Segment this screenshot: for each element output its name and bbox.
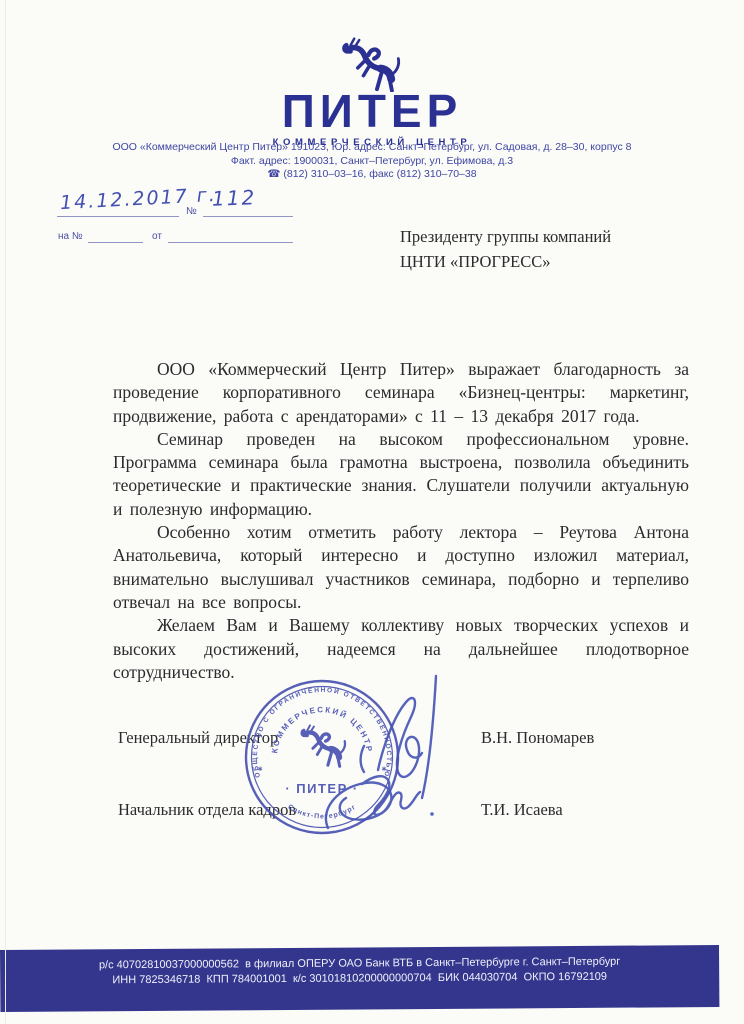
signature-name-2: Т.И. Исаева <box>481 800 563 820</box>
body-paragraph: Особенно хотим отметить работу лектора –… <box>113 521 689 614</box>
company-logo: ПИТЕР КОММЕРЧЕСКИЙ ЦЕНТР <box>0 28 744 148</box>
logo-brand: ПИТЕР <box>0 88 744 134</box>
horse-icon <box>335 28 409 92</box>
stamp-horse-icon <box>302 725 345 766</box>
ref-date-underline <box>57 216 179 217</box>
address-line: ООО «Коммерческий Центр Питер» 191023, Ю… <box>0 141 744 155</box>
letter-body: ООО «Коммерческий Центр Питер» выражает … <box>113 358 689 684</box>
letterhead-address: ООО «Коммерческий Центр Питер» 191023, Ю… <box>0 141 744 182</box>
recipient-block: Президенту группы компаний ЦНТИ «ПРОГРЕС… <box>400 224 611 274</box>
scanned-letter: ПИТЕР КОММЕРЧЕСКИЙ ЦЕНТР ООО «Коммерческ… <box>0 0 744 1024</box>
address-line-phone: ☎ (812) 310–03–16, факс (812) 310–70–38 <box>0 168 744 182</box>
ref-reply-ot-underline <box>168 242 293 243</box>
ref-reply-na-underline <box>88 242 143 243</box>
signature-name-1: В.Н. Пономарев <box>481 728 594 748</box>
ref-number-label: № <box>186 206 197 217</box>
recipient-line: Президенту группы компаний <box>400 224 611 249</box>
recipient-line: ЦНТИ «ПРОГРЕСС» <box>400 249 611 274</box>
body-paragraph: ООО «Коммерческий Центр Питер» выражает … <box>113 358 689 428</box>
address-line: Факт. адрес: 1900031, Санкт–Петербург, у… <box>0 155 744 169</box>
ref-number-handwritten: 112 <box>212 185 257 211</box>
ref-number-underline <box>203 216 293 217</box>
body-paragraph: Семинар проведен на высоком профессионал… <box>113 428 689 521</box>
scan-edge-artifact <box>5 0 6 1024</box>
stamp-separator-left: ∗ <box>257 766 263 773</box>
ref-reply-na-label: на № <box>58 231 83 242</box>
footer-band: р/с 40702810037000000562 в филиал ОПЕРУ … <box>0 945 719 1012</box>
ref-reply-ot-label: от <box>152 231 162 242</box>
signature-ink-2 <box>316 770 444 856</box>
